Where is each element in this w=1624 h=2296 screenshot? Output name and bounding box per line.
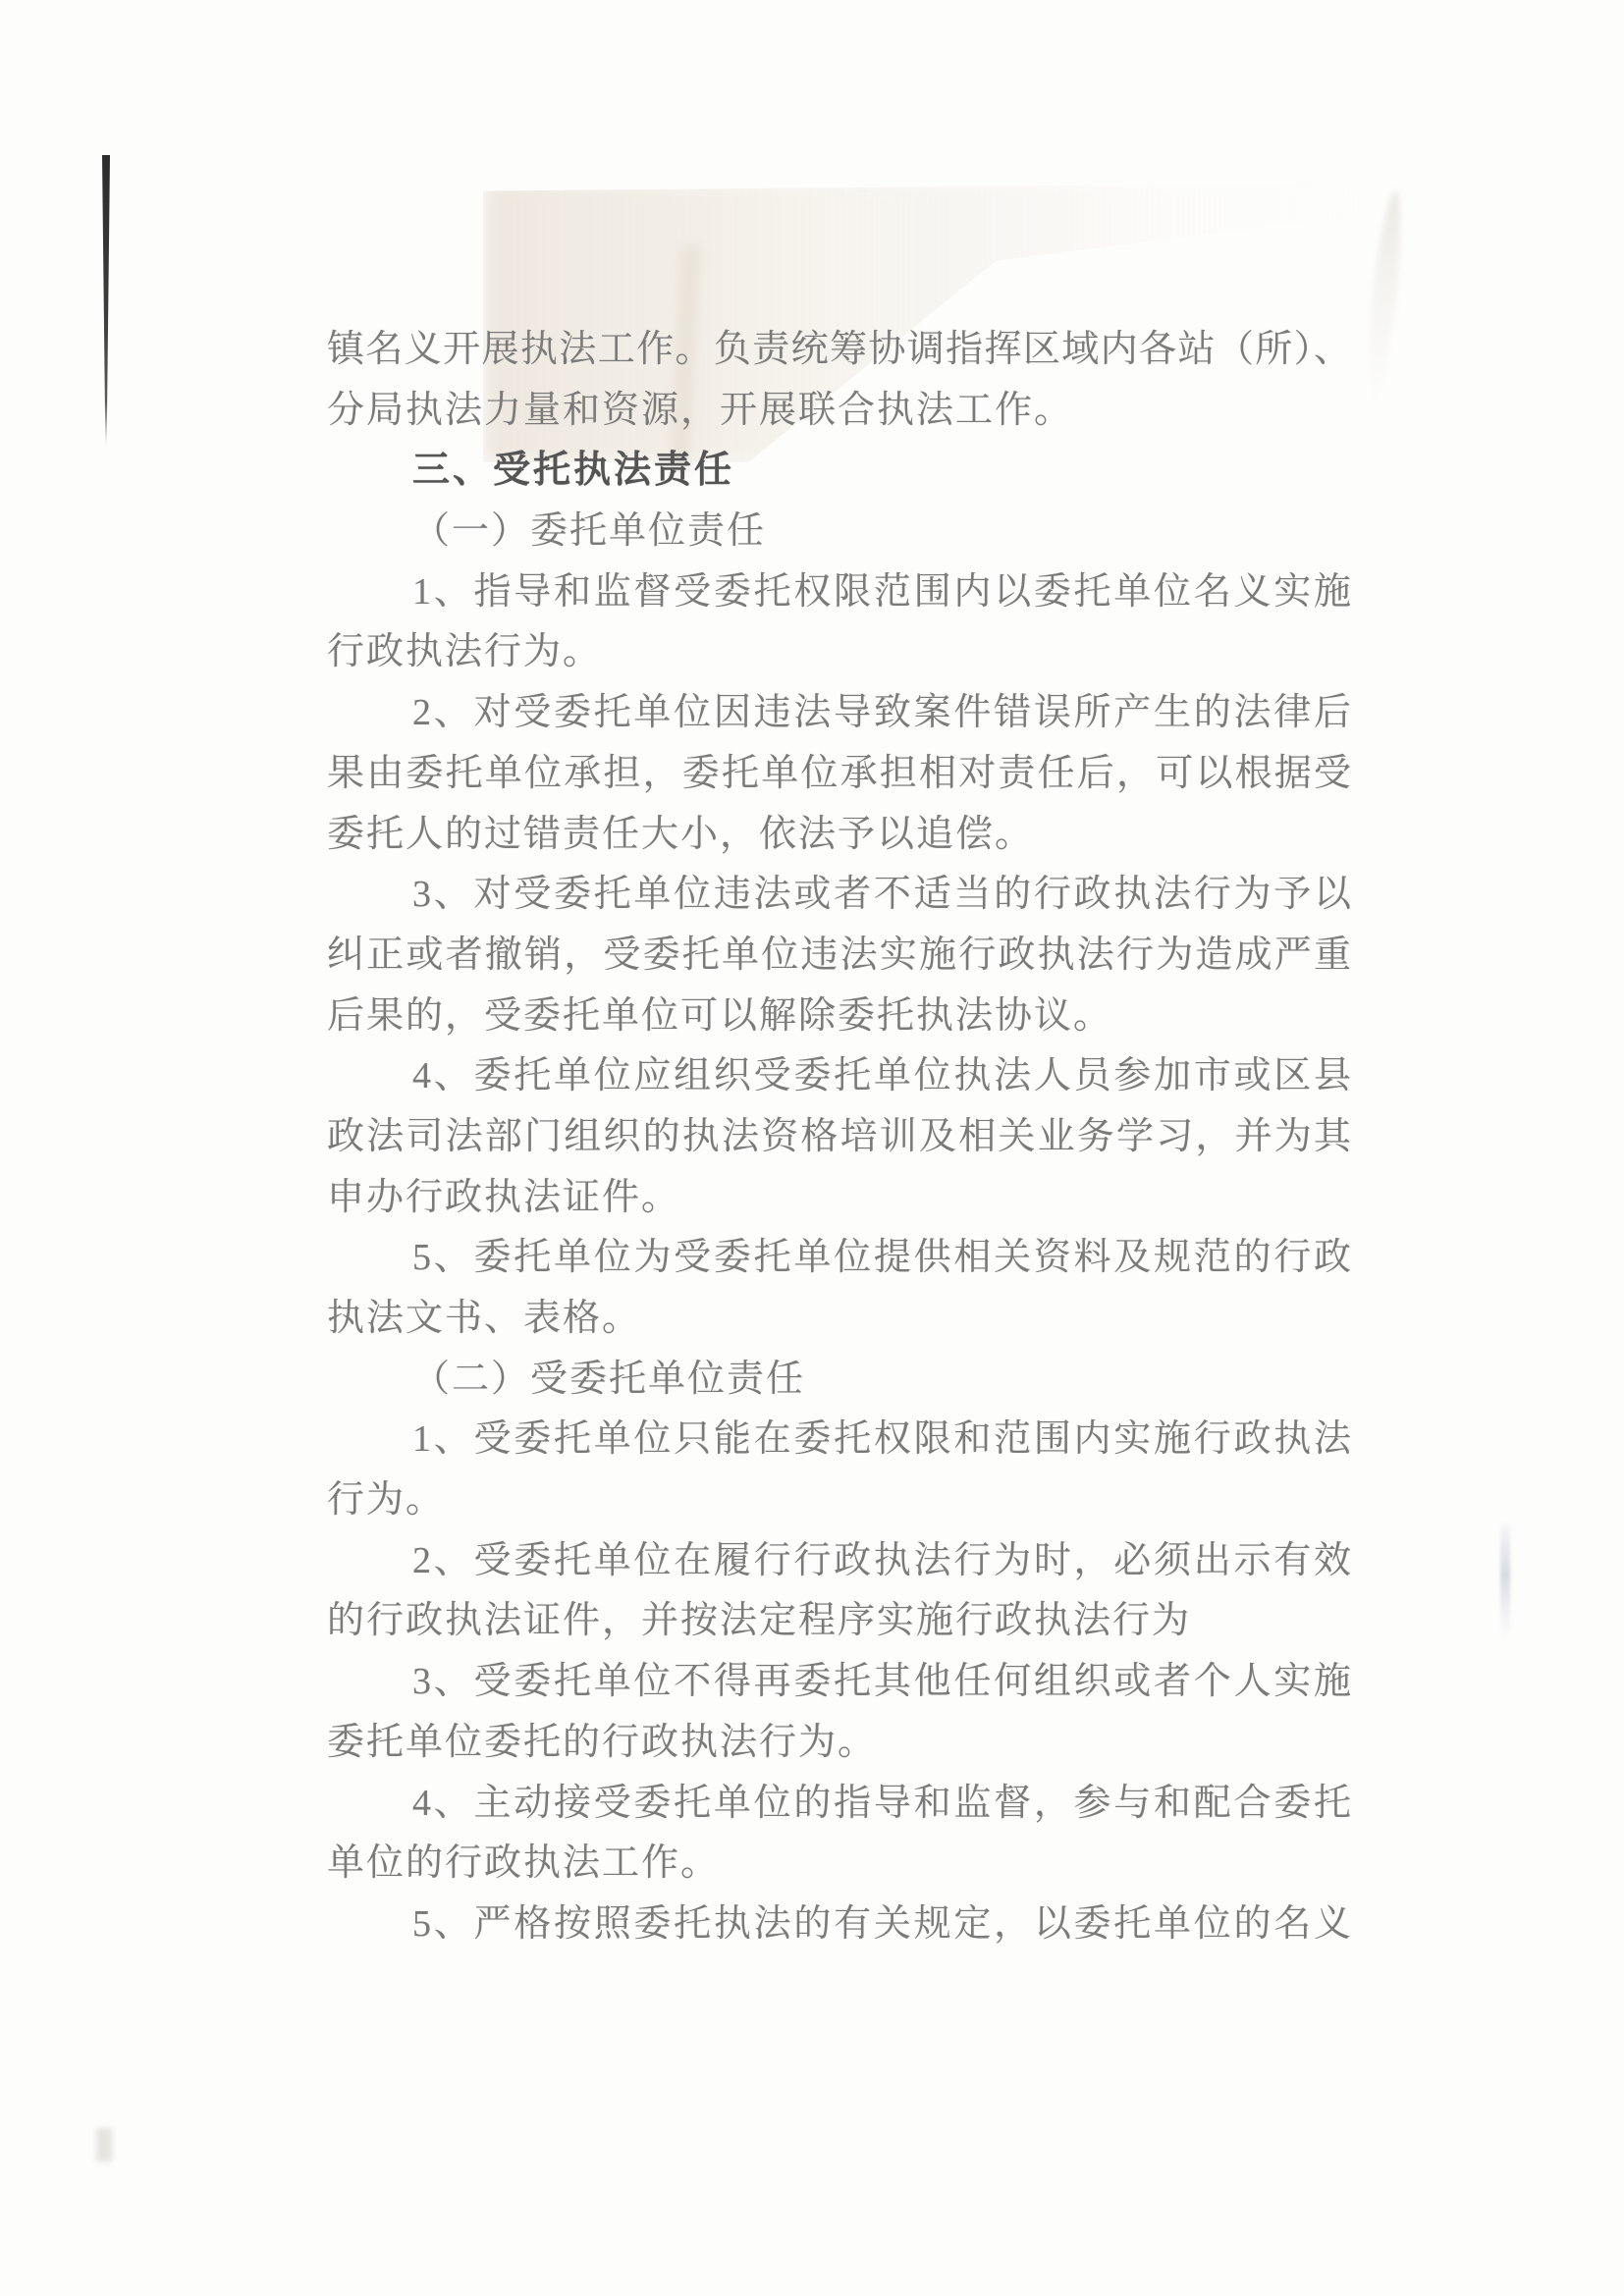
- text-line: 的行政执法证件，并按法定程序实施行政执法行为: [327, 1591, 1351, 1652]
- right-scratch-artifact: [1500, 1523, 1510, 1639]
- text-line: 4、主动接受委托单位的指导和监督，参与和配合委托: [327, 1774, 1351, 1835]
- text-line: 执法文书、表格。: [327, 1289, 1351, 1350]
- section-heading-line: 三、受托执法责任: [327, 441, 1351, 502]
- text-line: 1、指导和监督受委托权限范围内以委托单位名义实施: [327, 562, 1351, 623]
- text-line: 单位的行政执法工作。: [327, 1834, 1351, 1895]
- text-line: 5、严格按照委托执法的有关规定，以委托单位的名义: [327, 1895, 1351, 1955]
- text-line: 后果的，受委托单位可以解除委托执法协议。: [327, 987, 1351, 1047]
- text-line: 行为。: [327, 1470, 1351, 1531]
- text-line: 3、对受委托单位违法或者不适当的行政执法行为予以: [327, 865, 1351, 926]
- text-line: 政法司法部门组织的执法资格培训及相关业务学习，并为其: [327, 1107, 1351, 1168]
- text-line: 3、受委托单位不得再委托其他任何组织或者个人实施: [327, 1652, 1351, 1713]
- text-line: 申办行政执法证件。: [327, 1168, 1351, 1229]
- text-line: 5、委托单位为受委托单位提供相关资料及规范的行政: [327, 1228, 1351, 1289]
- left-margin-line-artifact: [102, 155, 110, 446]
- document-text-block: 镇名义开展执法工作。负责统筹协调指挥区域内各站（所）、分局执法力量和资源，开展联…: [327, 320, 1351, 1955]
- scanned-document-page: 镇名义开展执法工作。负责统筹协调指挥区域内各站（所）、分局执法力量和资源，开展联…: [0, 0, 1624, 2296]
- text-line: 委托人的过错责任大小，依法予以追偿。: [327, 805, 1351, 866]
- bottom-left-mark-artifact: [96, 2128, 112, 2162]
- text-line: 委托单位委托的行政执法行为。: [327, 1713, 1351, 1774]
- text-line: 2、受委托单位在履行行政执法行为时，必须出示有效: [327, 1531, 1351, 1592]
- text-line: 镇名义开展执法工作。负责统筹协调指挥区域内各站（所）、: [327, 320, 1351, 381]
- scan-streak-artifact: [1362, 189, 1408, 404]
- text-line: 行政执法行为。: [327, 622, 1351, 683]
- text-line: 1、受委托单位只能在委托权限和范围内实施行政执法: [327, 1410, 1351, 1470]
- text-line: 2、对受委托单位因违法导致案件错误所产生的法律后: [327, 683, 1351, 744]
- text-line: 4、委托单位应组织受委托单位执法人员参加市或区县: [327, 1046, 1351, 1107]
- text-line: 纠正或者撤销，受委托单位违法实施行政执法行为造成严重: [327, 926, 1351, 987]
- text-line: 分局执法力量和资源，开展联合执法工作。: [327, 381, 1351, 442]
- text-line: （二）受委托单位责任: [327, 1350, 1351, 1411]
- text-line: （一）委托单位责任: [327, 502, 1351, 562]
- text-line: 果由委托单位承担，委托单位承担相对责任后，可以根据受: [327, 744, 1351, 805]
